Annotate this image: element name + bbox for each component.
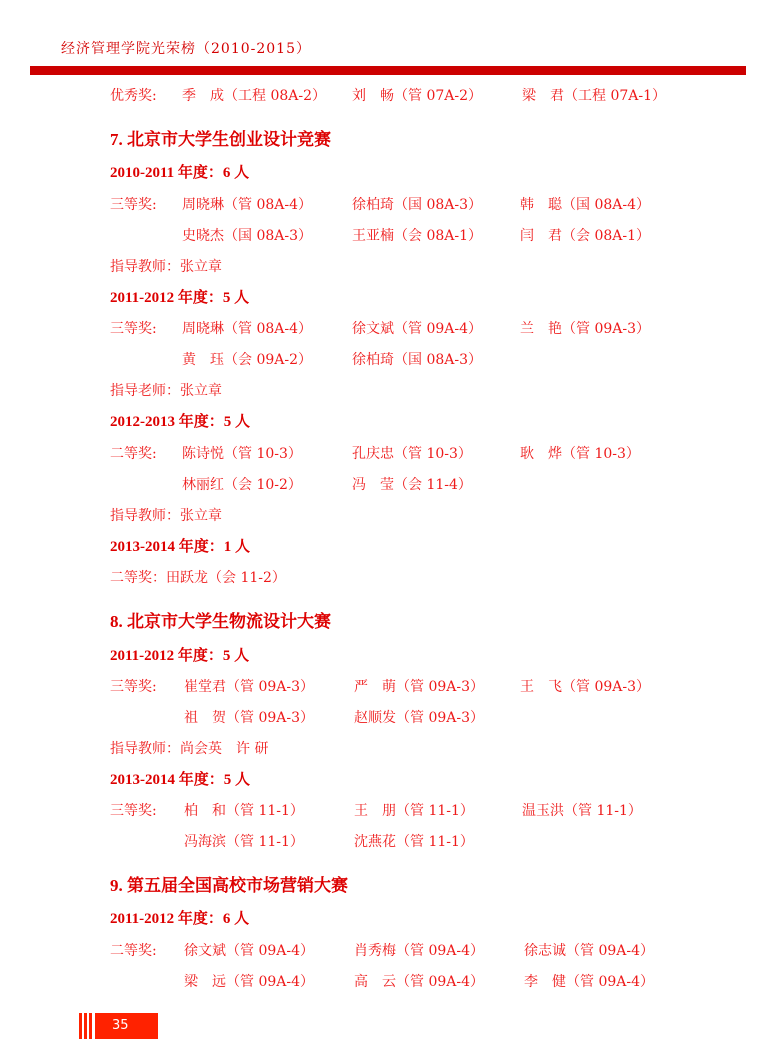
award-entry: 徐文斌（管 09A-4）: [352, 319, 482, 339]
award-label: 三等奖:: [110, 677, 182, 697]
award-entry: 王 朋（管 11-1）: [354, 801, 474, 821]
award-label: 三等奖:: [110, 195, 182, 215]
award-entry: 高 云（管 09A-4）: [354, 972, 484, 992]
award-entry: 王亚楠（会 08A-1）: [352, 226, 482, 246]
page-number: 35: [95, 1013, 158, 1039]
advisor-line: 指导教师：张立章: [110, 257, 222, 277]
award-row: 三等奖: 柏 和（管 11-1） 王 朋（管 11-1） 温玉洪（管 11-1）: [110, 801, 182, 821]
award-entry: 刘 畅（管 07A-2）: [352, 86, 482, 106]
advisor-line: 指导教师：尚会英 许 研: [110, 739, 268, 759]
year-heading: 2010-2011 年度：6 人: [110, 163, 249, 183]
award-line-inline: 二等奖：田跃龙（会 11-2）: [110, 568, 286, 588]
year-heading: 2013-2014 年度：5 人: [110, 770, 250, 790]
decorative-stripe: [84, 1013, 87, 1039]
header-divider-bar: [30, 66, 746, 75]
award-entry: 柏 和（管 11-1）: [184, 801, 304, 821]
award-entry: 崔堂君（管 09A-3）: [184, 677, 314, 697]
decorative-stripe: [89, 1013, 92, 1039]
award-entry: 周晓琳（管 08A-4）: [182, 195, 312, 215]
award-entry: 兰 艳（管 09A-3）: [520, 319, 650, 339]
award-entry: 闫 君（会 08A-1）: [520, 226, 650, 246]
award-entry: 李 健（管 09A-4）: [524, 972, 654, 992]
year-heading: 2012-2013 年度：5 人: [110, 412, 250, 432]
award-entry: 梁 君（工程 07A-1）: [522, 86, 666, 106]
award-row: 二等奖: 陈诗悦（管 10-3） 孔庆忠（管 10-3） 耿 烨（管 10-3）: [110, 444, 182, 464]
award-label: 三等奖:: [110, 319, 182, 339]
award-entry: 温玉洪（管 11-1）: [522, 801, 642, 821]
advisor-line: 指导老师：张立章: [110, 381, 222, 401]
decorative-stripe: [79, 1013, 82, 1039]
award-entry: 韩 聪（国 08A-4）: [520, 195, 650, 215]
award-row: 三等奖: 崔堂君（管 09A-3） 严 萌（管 09A-3） 王 飞（管 09A…: [110, 677, 182, 697]
award-label: 二等奖:: [110, 941, 182, 961]
section-title: 8. 北京市大学生物流设计大赛: [110, 612, 331, 632]
award-row: 三等奖: 周晓琳（管 08A-4） 徐柏琦（国 08A-3） 韩 聪（国 08A…: [110, 195, 182, 215]
award-entry: 徐文斌（管 09A-4）: [184, 941, 314, 961]
award-entry: 林丽红（会 10-2）: [182, 475, 302, 495]
award-entry: 耿 烨（管 10-3）: [520, 444, 640, 464]
award-entry: 史晓杰（国 08A-3）: [182, 226, 312, 246]
award-entry: 徐柏琦（国 08A-3）: [352, 350, 482, 370]
award-entry: 严 萌（管 09A-3）: [354, 677, 484, 697]
award-entry: 冯 莹（会 11-4）: [352, 475, 472, 495]
award-label: 三等奖:: [110, 801, 182, 821]
section-title: 7. 北京市大学生创业设计竞赛: [110, 130, 331, 150]
award-entry: 孔庆忠（管 10-3）: [352, 444, 472, 464]
award-row: 三等奖: 周晓琳（管 08A-4） 徐文斌（管 09A-4） 兰 艳（管 09A…: [110, 319, 182, 339]
award-entry: 陈诗悦（管 10-3）: [182, 444, 302, 464]
year-heading: 2011-2012 年度：5 人: [110, 288, 249, 308]
award-entry: 祖 贺（管 09A-3）: [184, 708, 314, 728]
section-title: 9. 第五届全国高校市场营销大赛: [110, 876, 348, 896]
award-entry: 徐柏琦（国 08A-3）: [352, 195, 482, 215]
award-entry: 梁 远（管 09A-4）: [184, 972, 314, 992]
year-heading: 2013-2014 年度：1 人: [110, 537, 250, 557]
award-label: 二等奖:: [110, 444, 182, 464]
award-label: 优秀奖:: [110, 86, 182, 106]
year-heading: 2011-2012 年度：5 人: [110, 646, 249, 666]
award-entry: 王 飞（管 09A-3）: [520, 677, 650, 697]
award-entry: 肖秀梅（管 09A-4）: [354, 941, 484, 961]
award-entry: 徐志诚（管 09A-4）: [524, 941, 654, 961]
top-award-line: 优秀奖: 季 成（工程 08A-2） 刘 畅（管 07A-2） 梁 君（工程 0…: [110, 86, 182, 106]
award-row: 二等奖: 徐文斌（管 09A-4） 肖秀梅（管 09A-4） 徐志诚（管 09A…: [110, 941, 182, 961]
award-entry: 冯海滨（管 11-1）: [184, 832, 304, 852]
award-entry: 周晓琳（管 08A-4）: [182, 319, 312, 339]
page-header-title: 经济管理学院光荣榜（2010-2015）: [61, 38, 311, 58]
award-entry: 黄 珏（会 09A-2）: [182, 350, 312, 370]
award-entry: 季 成（工程 08A-2）: [182, 86, 326, 106]
award-entry: 赵顺发（管 09A-3）: [354, 708, 484, 728]
year-heading: 2011-2012 年度：6 人: [110, 909, 249, 929]
advisor-line: 指导教师：张立章: [110, 506, 222, 526]
award-entry: 沈燕花（管 11-1）: [354, 832, 474, 852]
